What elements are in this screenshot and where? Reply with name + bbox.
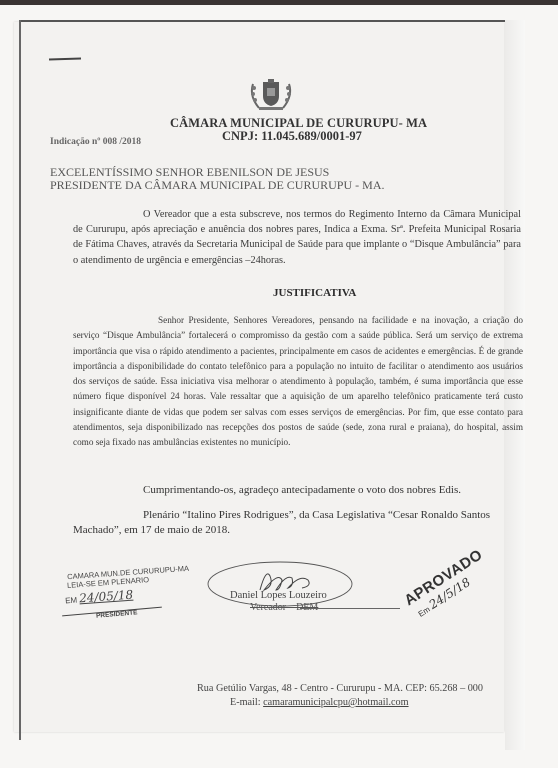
justification-paragraph: Senhor Presidente, Senhores Vereadores, … (73, 313, 523, 451)
justification-heading: JUSTIFICATIVA (273, 287, 356, 299)
page-frame-top (19, 20, 505, 22)
coat-of-arms-icon (247, 78, 295, 112)
page-frame-left (19, 20, 21, 740)
footer-email-link[interactable]: camaramunicipalcpu@hotmail.com (263, 697, 408, 708)
institution-cnpj: CNPJ: 11.045.689/0001-97 (222, 129, 362, 144)
closing-line-1: Plenário “Italino Pires Rodrigues”, da C… (143, 509, 490, 521)
footer-address: Rua Getúlio Vargas, 48 - Centro - Cururu… (197, 683, 483, 694)
scan-border (0, 0, 558, 5)
reading-stamp: CAMARA MUN.DE CURURUPU-MA LEIA-SE EM PLE… (62, 568, 162, 628)
stamp-date-handwritten: 24/05/18 (79, 588, 134, 606)
stamp-date: EM 24/05/18 (65, 588, 134, 607)
signer-name: Daniel Lopes Louzeiro (230, 590, 327, 601)
stamp-date-prefix: EM (65, 596, 78, 606)
intro-paragraph: O Vereador que a esta subscreve, nos ter… (73, 207, 521, 268)
footer-email: E-mail: camaramunicipalcpu@hotmail.com (230, 697, 409, 708)
greeting-text: Cumprimentando-os, agradeço antecipadame… (143, 484, 461, 496)
indication-number: Indicação nº 008 /2018 (50, 137, 141, 147)
footer-email-label: E-mail: (230, 697, 263, 708)
signature-line (300, 608, 400, 609)
addressee-title: PRESIDENTE DA CÂMARA MUNICIPAL DE CURURU… (50, 178, 384, 193)
closing-line-2: Machado”, em 17 de maio de 2018. (73, 524, 230, 536)
